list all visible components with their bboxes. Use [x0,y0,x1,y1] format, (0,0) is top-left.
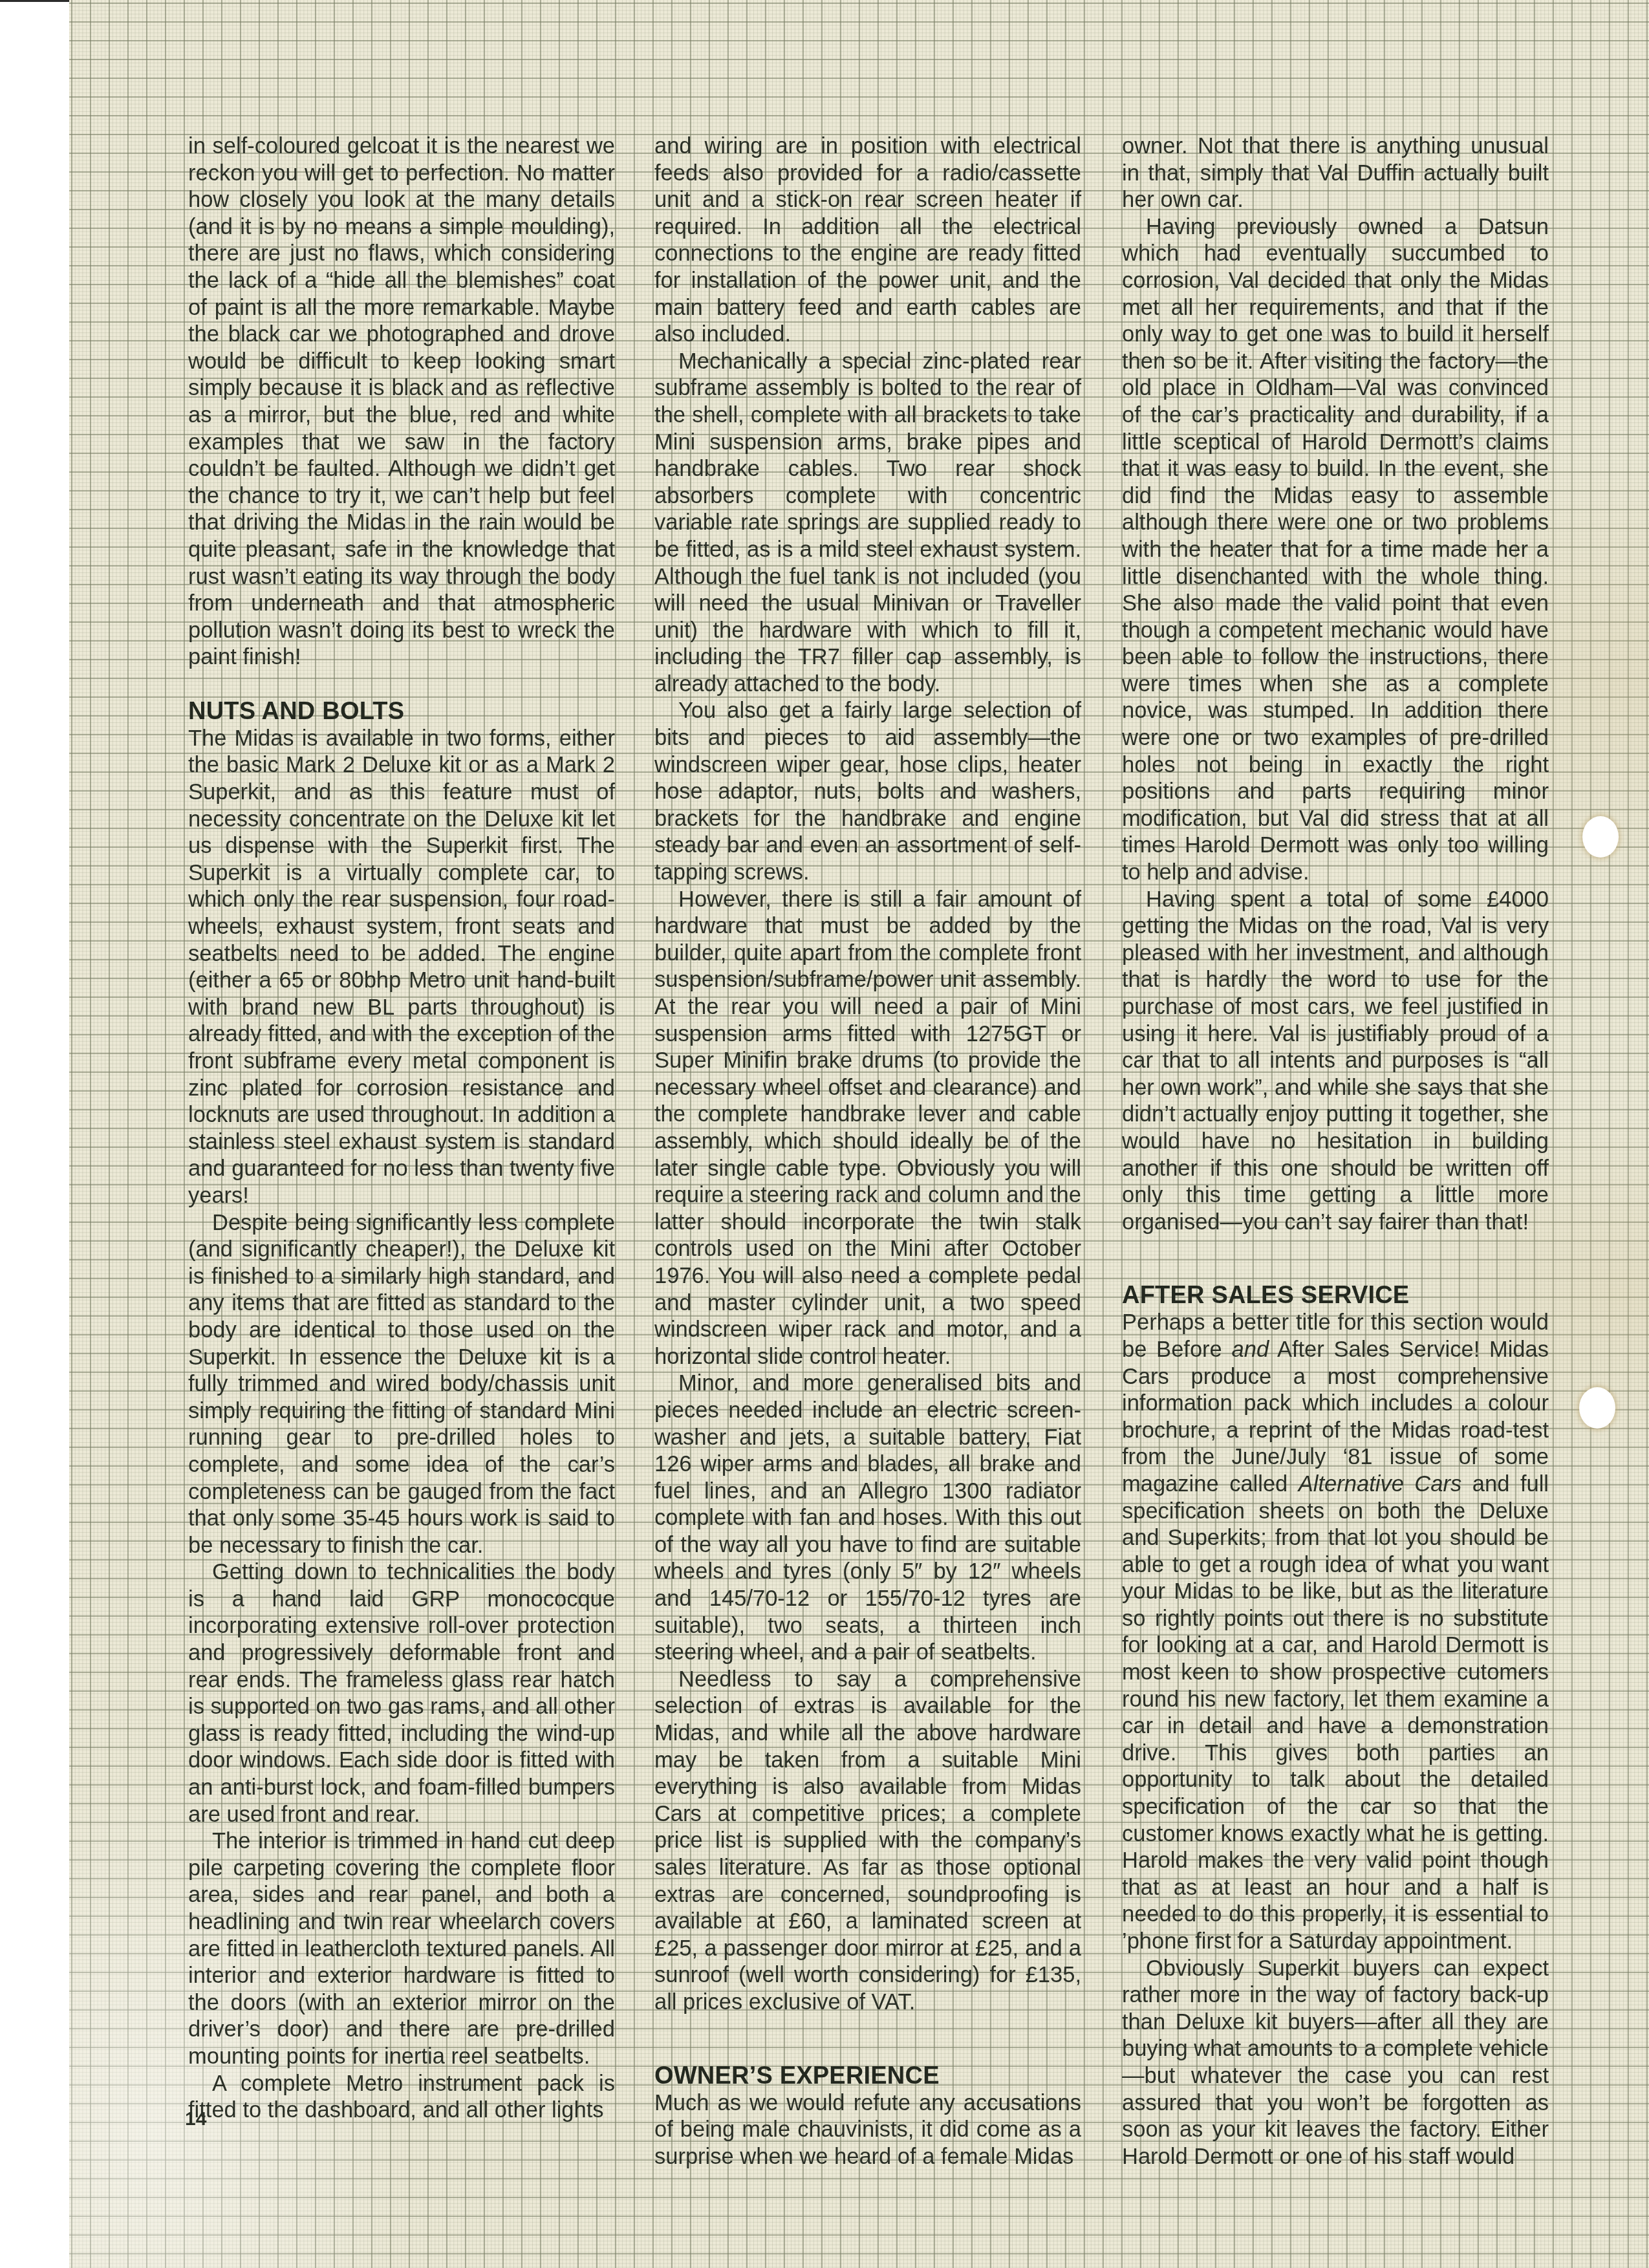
paragraph-rich: Perhaps a better title for this section … [1122,1310,1549,1955]
paragraph: Needless to say a comprehensive selectio… [654,1667,1081,2016]
paragraph: and wiring are in position with electric… [654,133,1081,349]
paragraph: Mechanically a special zinc-plated rear … [654,349,1081,698]
page-number: 14 [185,2108,206,2130]
section-heading-owners-experience: OWNER’S EXPERIENCE [654,2062,1081,2090]
paragraph: Obviously Superkit buyers can expect rat… [1122,1956,1549,2171]
section-heading-nuts-and-bolts: NUTS AND BOLTS [188,697,615,726]
punch-hole [1579,1387,1615,1429]
paragraph: Despite being significantly less complet… [188,1210,615,1560]
text-run: and full specification sheets on both th… [1122,1472,1549,1954]
paragraph: Having previously owned a Datsun which h… [1122,214,1549,887]
paragraph: owner. Not that there is anything unusua… [1122,133,1549,214]
paragraph: You also get a fairly large selection of… [654,698,1081,886]
italic-emphasis: and [1232,1337,1269,1362]
scan-edge [0,0,69,2]
article-column-2: and wiring are in position with electric… [654,133,1081,2170]
paragraph: in self-coloured gelcoat it is the neare… [188,133,615,671]
paragraph: Getting down to technicalities the body … [188,1559,615,1828]
paragraph: The interior is trimmed in hand cut deep… [188,1828,615,2070]
paragraph: Minor, and more generalised bits and pie… [654,1370,1081,1667]
magazine-title-italic: Alternative Cars [1299,1472,1461,1496]
paragraph: Much as we would refute any accusations … [654,2090,1081,2171]
paragraph: A complete Metro instrument pack is fitt… [188,2071,615,2124]
paragraph: However, there is still a fair amount of… [654,887,1081,1371]
paragraph: The Midas is available in two forms, eit… [188,726,615,1210]
article-column-1: in self-coloured gelcoat it is the neare… [188,133,615,2124]
article-column-3: owner. Not that there is anything unusua… [1122,133,1549,2170]
section-heading-after-sales-service: AFTER SALES SERVICE [1122,1281,1549,1310]
paragraph: Having spent a total of some £4000 getti… [1122,887,1549,1237]
punch-hole [1582,816,1619,858]
